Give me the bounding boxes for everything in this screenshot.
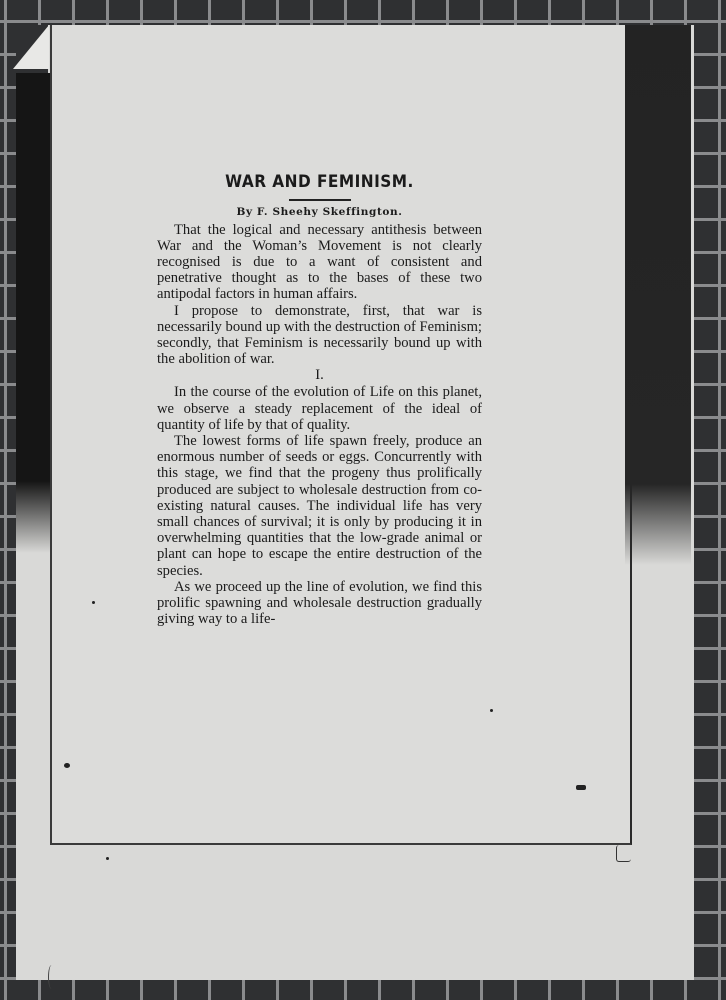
left-scan-shadow [16, 73, 50, 553]
paragraph: As we proceed up the line of evolution, … [157, 579, 482, 628]
pencil-mark [48, 965, 55, 989]
ink-speck [64, 763, 70, 768]
paragraph: In the course of the evolution of Life o… [157, 384, 482, 433]
paragraph: The lowest forms of life spawn freely, p… [157, 433, 482, 579]
article-byline: By F. Sheehy Skeffington. [157, 206, 482, 218]
ink-speck [92, 601, 95, 604]
right-scan-shadow [625, 25, 691, 565]
paragraph: I propose to demonstrate, first, that wa… [157, 303, 482, 368]
article: WAR AND FEMINISM. By F. Sheehy Skeffingt… [157, 172, 482, 627]
article-title: WAR AND FEMINISM. [168, 172, 470, 191]
ink-speck [490, 709, 493, 712]
paragraph: That the logical and necessary antithesi… [157, 222, 482, 303]
ink-speck [576, 785, 586, 790]
section-number: I. [157, 367, 482, 384]
folded-corner [13, 25, 49, 69]
ink-speck [106, 857, 109, 860]
title-rule [289, 199, 351, 201]
frame-corner-mark [616, 845, 631, 862]
